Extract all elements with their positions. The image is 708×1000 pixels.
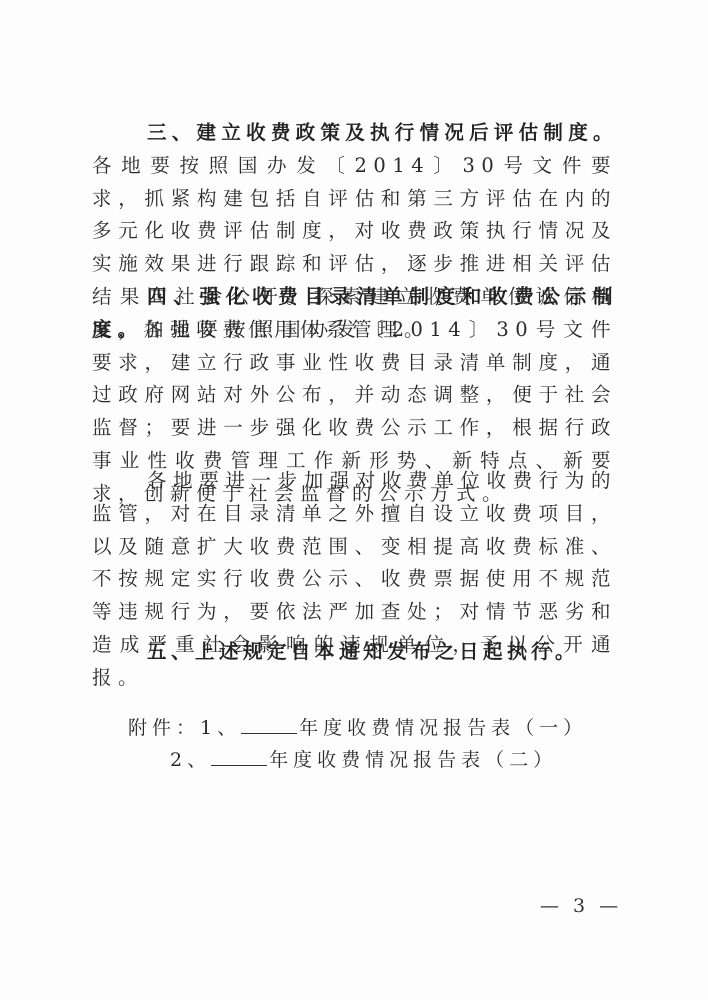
attachment-title: 年度收费情况报告表（二） <box>269 749 557 771</box>
section-3-heading: 三、建立收费政策及执行情况后评估制度。 <box>147 121 617 144</box>
attachment-number: 2、 <box>170 749 211 771</box>
attachment-title: 年度收费情况报告表（一） <box>299 717 587 739</box>
year-blank-line <box>211 747 267 766</box>
section-5-heading: 五、上述规定自本通知发布之日起执行。 <box>147 640 579 663</box>
attachment-item-2: 2、年度收费情况报告表（二） <box>170 744 557 776</box>
page-number: — 3 — <box>540 895 622 917</box>
attachment-number: 1、 <box>200 717 241 739</box>
year-blank-line <box>241 715 297 734</box>
section-5: 五、上述规定自本通知发布之日起执行。 <box>92 636 617 669</box>
document-page: 三、建立收费政策及执行情况后评估制度。各地要按照国办发〔2014〕30号文件要求… <box>0 0 708 1000</box>
attachment-item-1: 附件：1、年度收费情况报告表（一） <box>128 712 587 744</box>
attachments-label: 附件： <box>128 717 200 739</box>
